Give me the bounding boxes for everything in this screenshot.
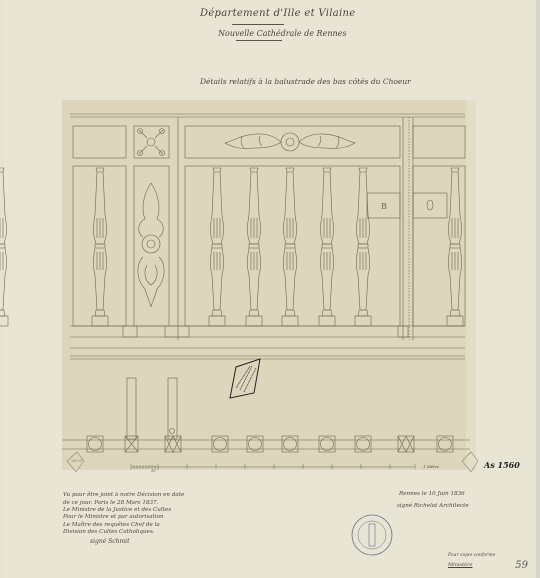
page-number: 59 xyxy=(515,560,528,571)
archives-stamp-diamond xyxy=(230,359,260,398)
architect-signature: signé Richelot Architecte xyxy=(397,503,469,509)
left-diamond-stamp-text: MR CF xyxy=(71,459,82,463)
round-stamp xyxy=(352,515,392,555)
approval-line-6: Division des Cultes Catholiques. xyxy=(63,527,155,537)
approval-signature: signé Schmit xyxy=(90,538,130,545)
scale-tick-10: 10 xyxy=(151,469,155,473)
inventory-number: As 1560 xyxy=(484,460,520,470)
scale-label: 1 Mètre xyxy=(423,464,439,469)
certification-signature: Ministère xyxy=(448,562,472,568)
architect-place-date: Rennes le 10 Juin 1836 xyxy=(399,491,465,497)
certification-text: Pour copie conforme xyxy=(448,553,495,558)
svg-text:B: B xyxy=(381,202,387,211)
